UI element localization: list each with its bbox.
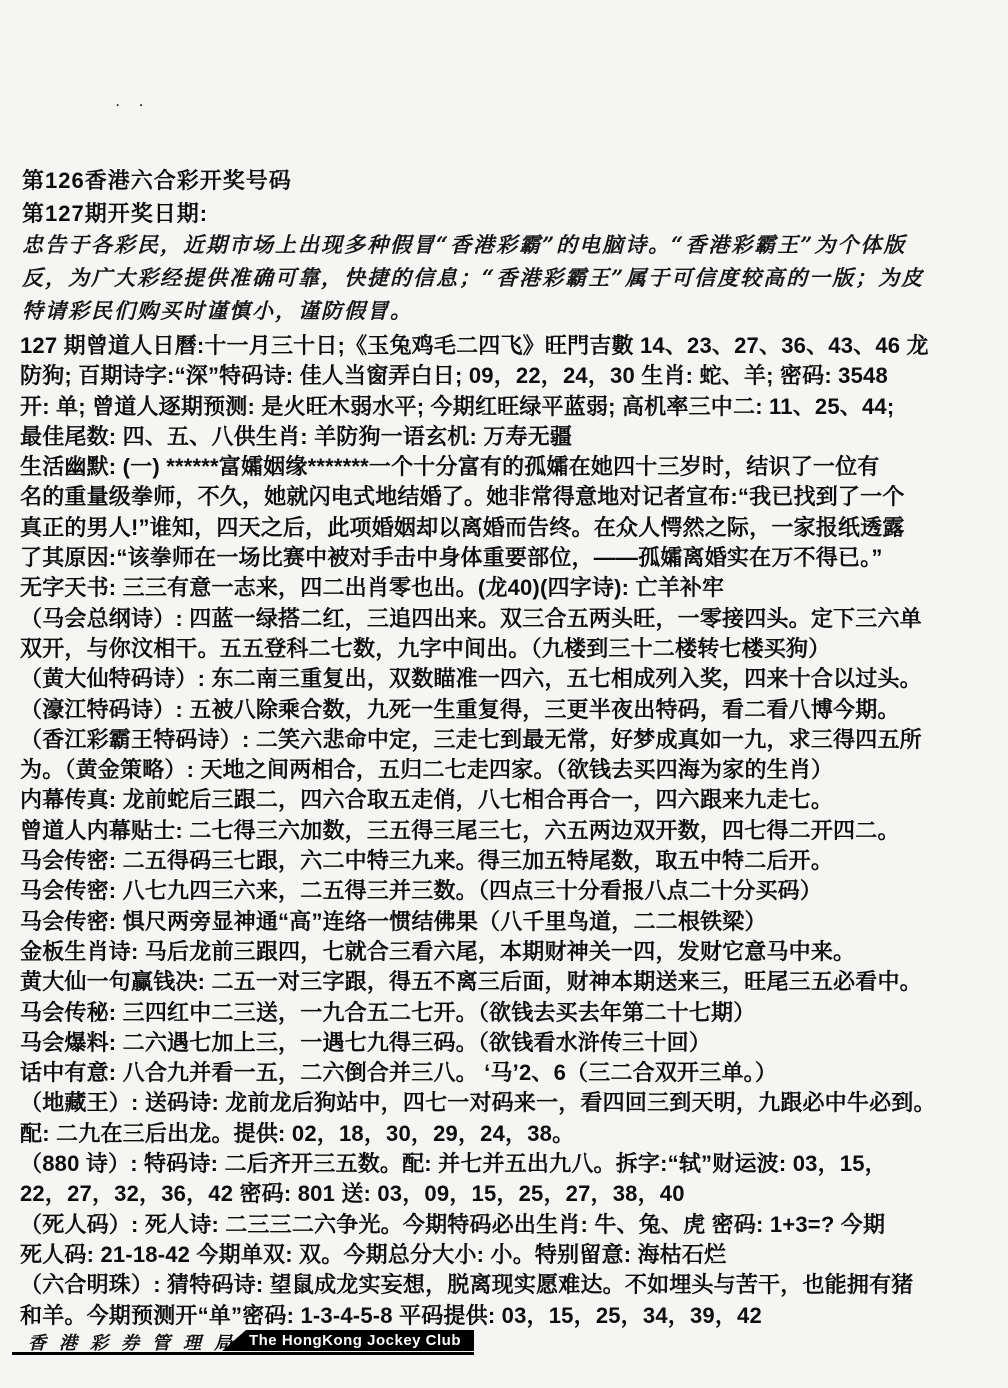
issue-number-line: 第126香港六合彩开奖号码 xyxy=(22,164,292,197)
text-line: 真正的男人!”谁知，四天之后，此项婚姻却以离婚而告终。在众人愕然之际，一家报纸透… xyxy=(20,513,998,543)
scan-artifact-dots: · · xyxy=(116,98,151,112)
text-line: 和羊。今期预测开“单”密码: 1-3-4-5-8 平码提供: 03，15，25，… xyxy=(20,1301,998,1331)
text-line: 双开，与你汶相干。五五登科二七数，九字中间出。（九楼到三十二楼转七楼买狗） xyxy=(20,634,998,664)
notice-line: 忠告于各彩民，近期市场上出现多种假冒“香港彩霸”的电脑诗。“香港彩霸王”为个体版 xyxy=(22,228,997,261)
text-line: 内幕传真: 龙前蛇后三跟二，四六合取五走俏，八七相合再合一，四六跟来九走七。 xyxy=(20,785,998,815)
text-line: 死人码: 21-18-42 今期单双: 双。今期总分大小: 小。特别留意: 海枯… xyxy=(20,1240,998,1270)
text-line: （地藏王）: 送码诗: 龙前龙后狗站中，四七一对码来一，看四回三到天明，九跟必中… xyxy=(20,1088,998,1118)
anti-counterfeit-notice: 忠告于各彩民，近期市场上出现多种假冒“香港彩霸”的电脑诗。“香港彩霸王”为个体版… xyxy=(22,228,997,327)
footer-rule xyxy=(12,1352,474,1355)
text-line: 金板生肖诗: 马后龙前三跟四，七就合三看六尾，本期财神关一四，发财它意马中来。 xyxy=(20,937,998,967)
text-line: 了其原因:“该拳师在一场比赛中被对手击中身体重要部位，——孤孀离婚实在万不得已。… xyxy=(20,543,998,573)
tips-text-block: 127 期曾道人日曆:十一月三十日;《玉兔鸡毛二四飞》旺門吉數 14、23、27… xyxy=(20,331,998,1331)
text-line: （濠江特码诗）: 五被八除乘合数，九死一生重复得，三更半夜出特码，看二看八博今期… xyxy=(20,695,998,725)
text-line: （黄大仙特码诗）: 东二南三重复出，双数瞄准一四六，五七相成列入奖，四来十合以过… xyxy=(20,664,998,694)
text-line: （六合明珠）: 猜特码诗: 望鼠成龙实妄想，脱离现实愿难达。不如埋头与苦干，也能… xyxy=(20,1270,998,1300)
jockey-club-bar: The HongKong Jockey Club xyxy=(222,1330,474,1351)
text-line: 马会传密: 二五得码三七跟，六二中特三九来。得三加五特尾数，取五中特二后开。 xyxy=(20,846,998,876)
text-line: 防狗; 百期诗字:“深”特码诗: 佳人当窗弄白日; 09，22，24，30 生肖… xyxy=(20,361,998,391)
text-line: 为。（黄金策略）: 天地之间两相合，五归二七走四家。（欲钱去买四海为家的生肖） xyxy=(20,755,998,785)
text-line: 最佳尾数: 四、五、八供生肖: 羊防狗一语玄机: 万寿无疆 xyxy=(20,422,998,452)
text-line: 127 期曾道人日曆:十一月三十日;《玉兔鸡毛二四飞》旺門吉數 14、23、27… xyxy=(20,331,998,361)
text-line: 22，27，32，36，42 密码: 801 送: 03，09，15，25，27… xyxy=(20,1179,998,1209)
notice-line: 特请彩民们购买时谨慎小，谨防假冒。 xyxy=(22,294,997,327)
text-line: 生活幽默: (一) ******富孀姻缘*******一个十分富有的孤孀在她四十… xyxy=(20,452,998,482)
jockey-club-bar-label: The HongKong Jockey Club xyxy=(249,1332,461,1349)
text-line: （香江彩霸王特码诗）: 二笑六悲命中定，三走七到最无常，好梦成真如一九，求三得四… xyxy=(20,725,998,755)
document-page: · · 第126香港六合彩开奖号码 第127期开奖日期: 忠告于各彩民，近期市场… xyxy=(0,0,1008,1388)
text-line: 开: 单; 曾道人逐期预测: 是火旺木弱水平; 今期红旺绿平蓝弱; 高机率三中二… xyxy=(20,392,998,422)
page-header: 第126香港六合彩开奖号码 第127期开奖日期: xyxy=(22,164,292,230)
text-line: 名的重量级拳师，不久，她就闪电式地结婚了。她非常得意地对记者宣布:“我已找到了一… xyxy=(20,482,998,512)
text-line: 话中有意: 八合九并看一五，二六倒合并三八。 ‘马’2、6（三二合双开三单。） xyxy=(20,1058,998,1088)
text-line: 马会爆料: 二六遇七加上三，一遇七九得三码。（欲钱看水浒传三十回） xyxy=(20,1028,998,1058)
text-line: （880 诗）: 特码诗: 二后齐开三五数。配: 并七并五出九八。拆字:“轼”财… xyxy=(20,1149,998,1179)
text-line: 马会传秘: 三四红中二三送，一九合五二七开。（欲钱去买去年第二十七期） xyxy=(20,998,998,1028)
text-line: （死人码）: 死人诗: 二三三二六争光。今期特码必出生肖: 牛、兔、虎 密码: … xyxy=(20,1210,998,1240)
text-line: 马会传密: 惧尺两旁显神通“高”连络一惯结佛果（八千里鸟道，二二根铁梁） xyxy=(20,907,998,937)
text-line: （马会总纲诗）: 四蓝一绿搭二红，三追四出来。双三合五两头旺，一零接四头。定下三… xyxy=(20,604,998,634)
text-line: 黄大仙一句赢钱决: 二五一对三字跟，得五不离三后面，财神本期送来三，旺尾三五必看… xyxy=(20,967,998,997)
text-line: 曾道人内幕贴士: 二七得三六加数，三五得三尾三七，六五两边双开数，四七得二开四二… xyxy=(20,816,998,846)
notice-line: 反，为广大彩经提供准确可靠，快捷的信息；“香港彩霸王”属于可信度较高的一版；为皮 xyxy=(22,261,997,294)
text-line: 配: 二九在三后出龙。提供: 02，18，30，29，24，38。 xyxy=(20,1119,998,1149)
text-line: 马会传密: 八七九四三六来，二五得三并三数。（四点三十分看报八点二十分买码） xyxy=(20,876,998,906)
draw-date-line: 第127期开奖日期: xyxy=(22,197,292,230)
text-line: 无字天书: 三三有意一志来，四二出肖零也出。(龙40)(四字诗): 亡羊补牢 xyxy=(20,573,998,603)
